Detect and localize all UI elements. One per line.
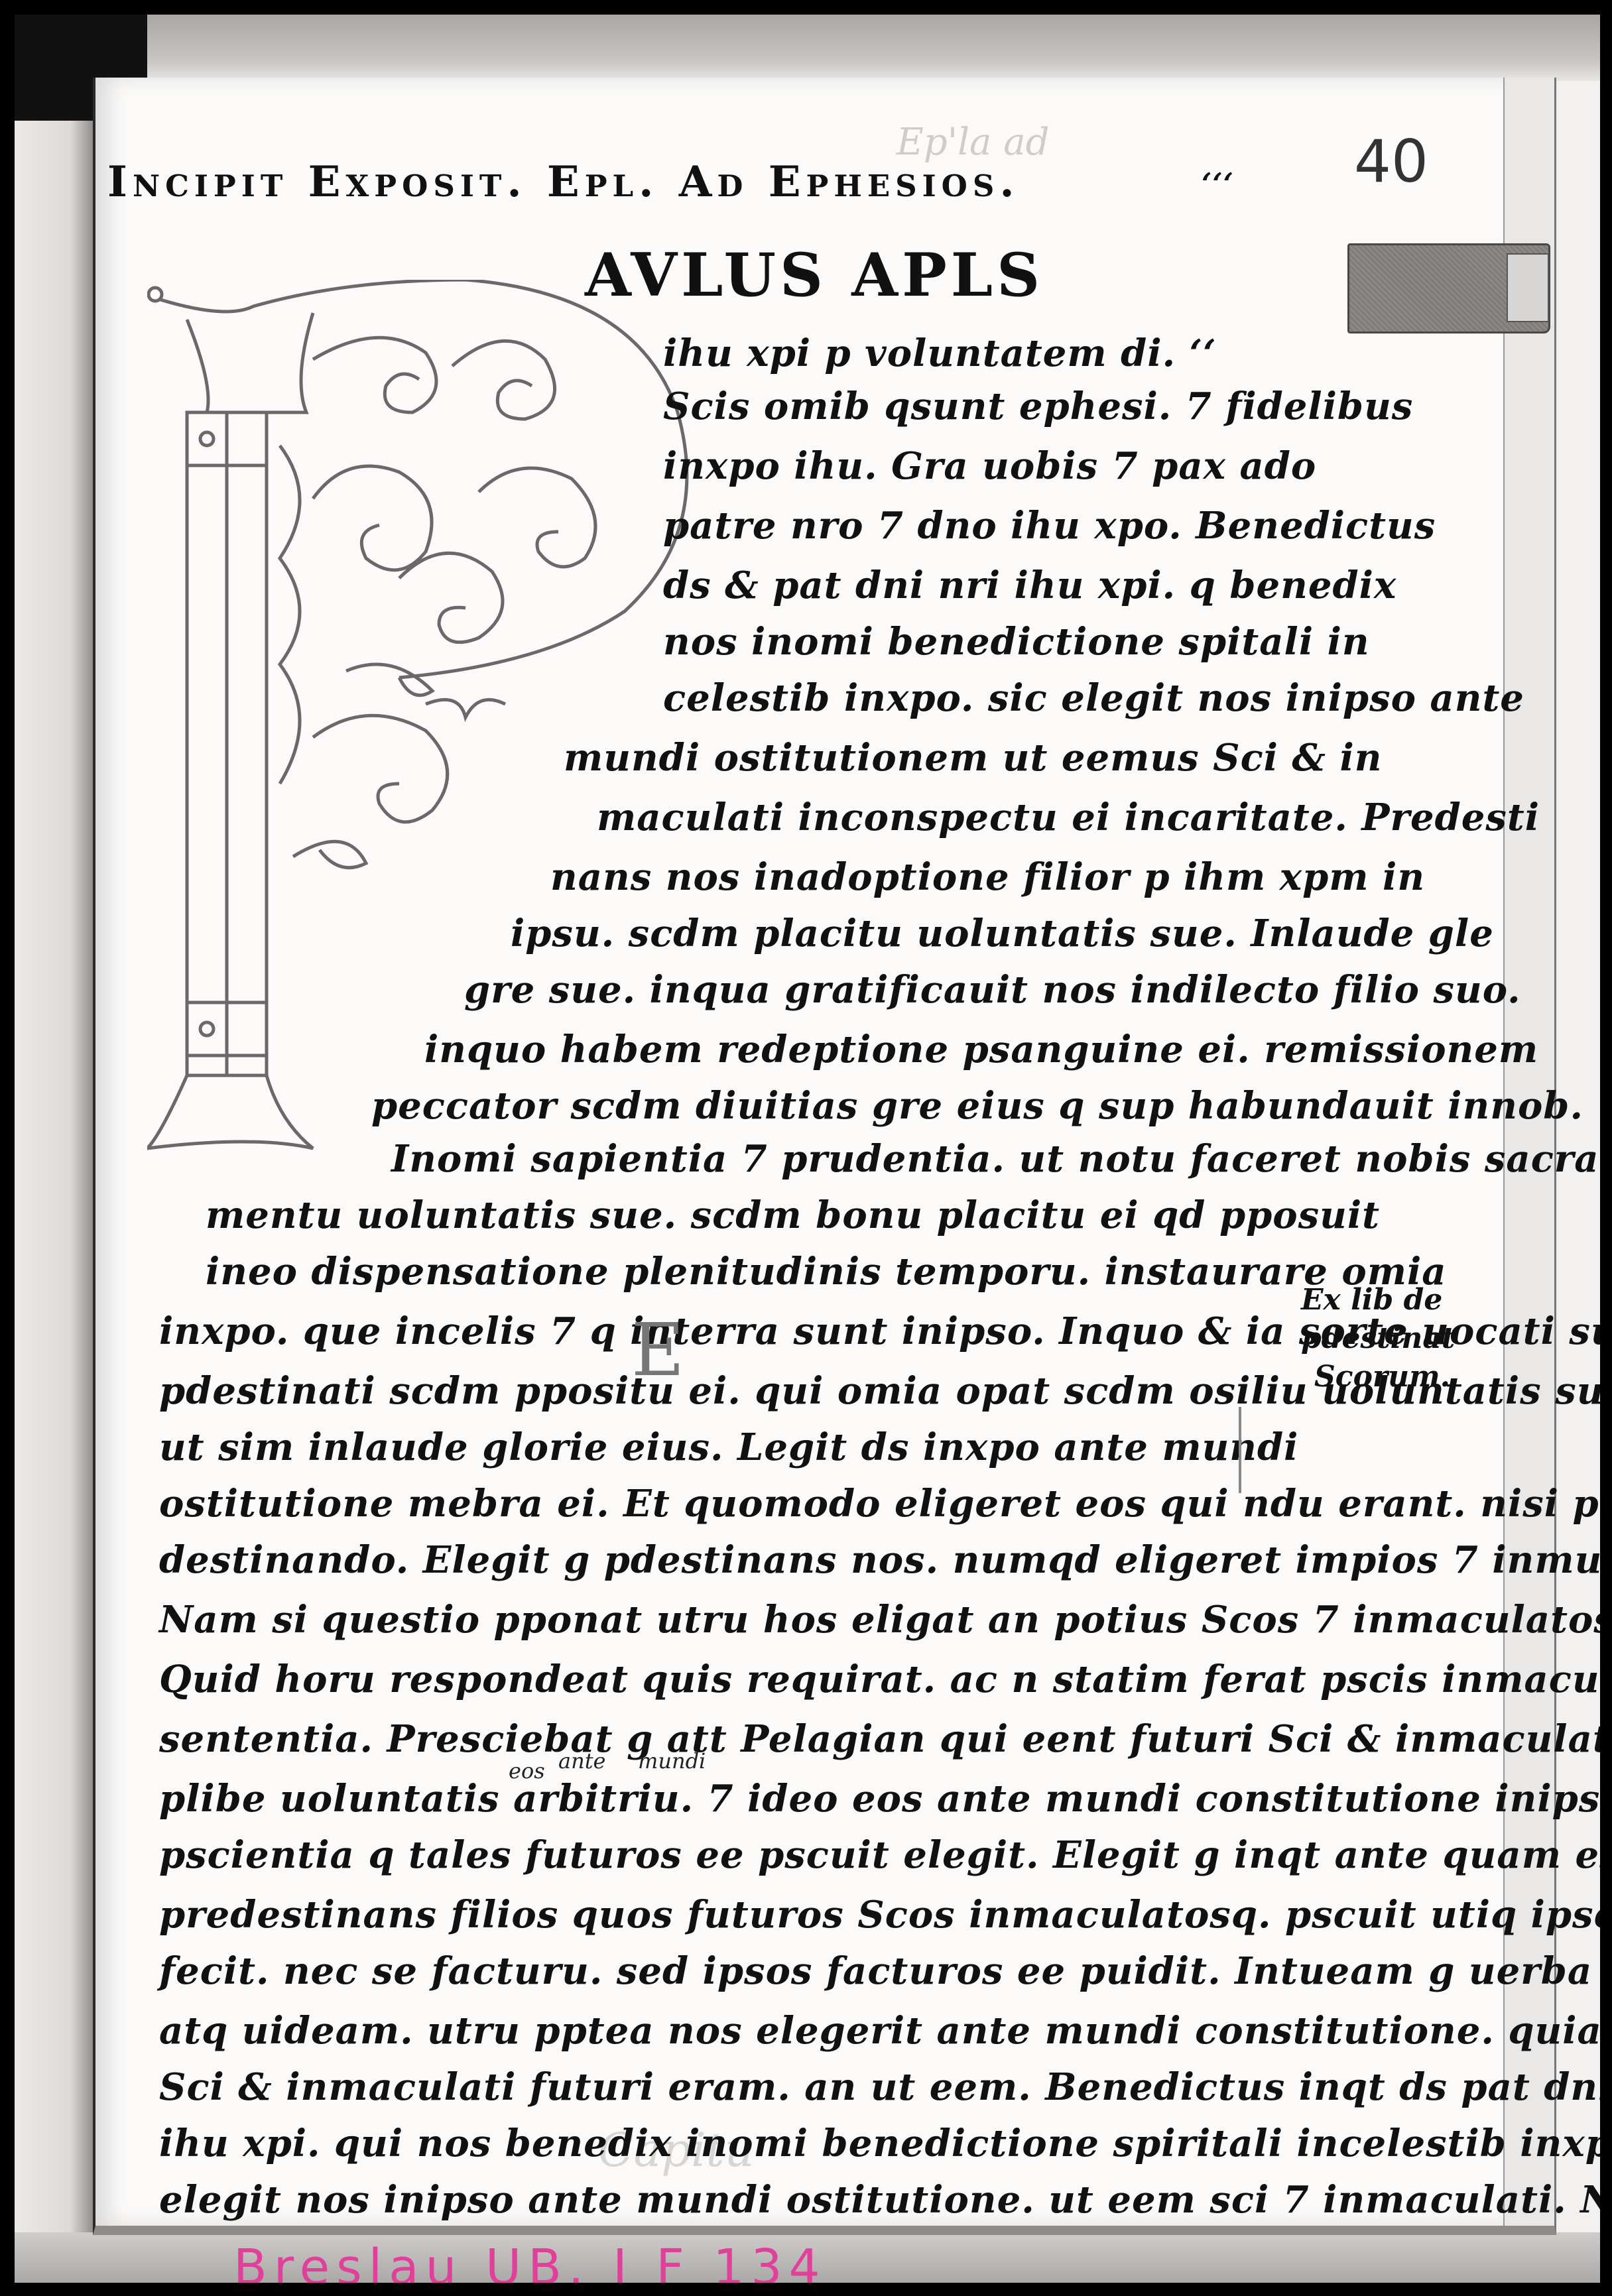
manuscript-line: ineo dispensatione plenitudinis temporu.… bbox=[206, 1250, 1447, 1294]
manuscript-line: maculati inconspectu ei incaritate. Pred… bbox=[597, 796, 1540, 839]
manuscript-line: Scis omib qsunt ephesi. 7 fidelibus bbox=[663, 385, 1413, 428]
manuscript-line: ostitutione mebra ei. Et quomodo eligere… bbox=[159, 1482, 1600, 1526]
manuscript-line: celestib inxpo. sic elegit nos inipso an… bbox=[663, 676, 1524, 720]
marginal-note-line: pdestinat bbox=[1301, 1319, 1455, 1358]
manuscript-line: Quid horu respondeat quis requirat. ac n… bbox=[159, 1658, 1600, 1701]
library-shelfmark: Breslau UB. I F 134 bbox=[233, 2239, 827, 2283]
folio-number: 40 bbox=[1354, 127, 1428, 196]
page-tab-clasp bbox=[1507, 253, 1549, 322]
manuscript-line: mentu uoluntatis sue. scdm bonu placitu … bbox=[206, 1193, 1380, 1237]
manuscript-line: Sci & inmaculati futuri eram. an ut eem.… bbox=[159, 2065, 1600, 2109]
elegit-faint-initial: E bbox=[631, 1307, 684, 1392]
manuscript-line: peccator scdm diuitias gre eius q sup ha… bbox=[371, 1084, 1583, 1128]
manuscript-line: elegit nos inipso ante mundi ostitutione… bbox=[159, 2178, 1600, 2222]
manuscript-line: ihu xpi. qui nos benedix inomi benedicti… bbox=[159, 2122, 1600, 2165]
interlinear-gloss-eos: eos bbox=[509, 1758, 545, 1783]
manuscript-line: predestinans filios quos futuros Scos in… bbox=[159, 1893, 1600, 1937]
manuscript-line: pscientia q tales futuros ee pscuit eleg… bbox=[159, 1833, 1600, 1877]
manuscript-line: nos inomi benedictione spitali in bbox=[663, 620, 1370, 664]
marginal-source-note: Ex lib de pdestinat Scorum. bbox=[1301, 1281, 1455, 1396]
interlinear-gloss-mundi: mundi bbox=[638, 1748, 706, 1774]
marginal-note-line: Scorum. bbox=[1301, 1358, 1455, 1396]
manuscript-line: patre nro 7 dno ihu xpo. Benedictus bbox=[663, 504, 1436, 548]
manuscript-line: Inomi sapientia 7 prudentia. ut notu fac… bbox=[391, 1137, 1599, 1181]
manuscript-photograph: Ep'la ad Capitu 40 Incipit Exposit. Epl.… bbox=[15, 15, 1600, 2283]
manuscript-line: gre sue. inqua gratificauit nos indilect… bbox=[464, 968, 1521, 1012]
interlinear-gloss-ante: ante bbox=[558, 1748, 605, 1774]
manuscript-line: atq uideam. utru pptea nos elegerit ante… bbox=[159, 2009, 1600, 2053]
manuscript-line: ds & pat dni nri ihu xpi. q benedix bbox=[663, 564, 1396, 607]
manuscript-line: fecit. nec se facturu. sed ipsos facturo… bbox=[159, 1949, 1600, 1993]
manuscript-line: ihu xpi p voluntatem di. ʻʻ bbox=[663, 332, 1217, 375]
marginal-bracket bbox=[1235, 1407, 1241, 1493]
manuscript-line: nans nos inadoptione filior p ihm xpm in bbox=[550, 855, 1425, 899]
manuscript-line: sententia. Presciebat g att Pelagian qui… bbox=[159, 1717, 1600, 1761]
marginal-note-line: Ex lib de bbox=[1301, 1281, 1455, 1319]
top-page-edge-shadow bbox=[141, 15, 1600, 81]
incipit-marks: ʻʻʻ bbox=[1202, 167, 1234, 201]
manuscript-line: plibe uoluntatis arbitriu. 7 ideo eos an… bbox=[159, 1777, 1600, 1821]
manuscript-line: inxpo ihu. Gra uobis 7 pax ado bbox=[663, 444, 1316, 488]
manuscript-line: ipsu. scdm placitu uoluntatis sue. Inlau… bbox=[511, 912, 1494, 955]
manuscript-line: Nam si questio pponat utru hos eligat an… bbox=[159, 1598, 1600, 1642]
manuscript-line: destinando. Elegit g pdestinans nos. num… bbox=[159, 1538, 1600, 1582]
incipit-heading: Incipit Exposit. Epl. Ad Ephesios. bbox=[107, 157, 1020, 207]
facing-page-edge bbox=[15, 94, 94, 2282]
manuscript-line: ut sim inlaude glorie eius. Legit ds inx… bbox=[159, 1425, 1298, 1469]
manuscript-line: mundi ostitutionem ut eemus Sci & in bbox=[564, 736, 1382, 780]
manuscript-line: inquo habem redeptione psanguine ei. rem… bbox=[424, 1028, 1538, 1071]
